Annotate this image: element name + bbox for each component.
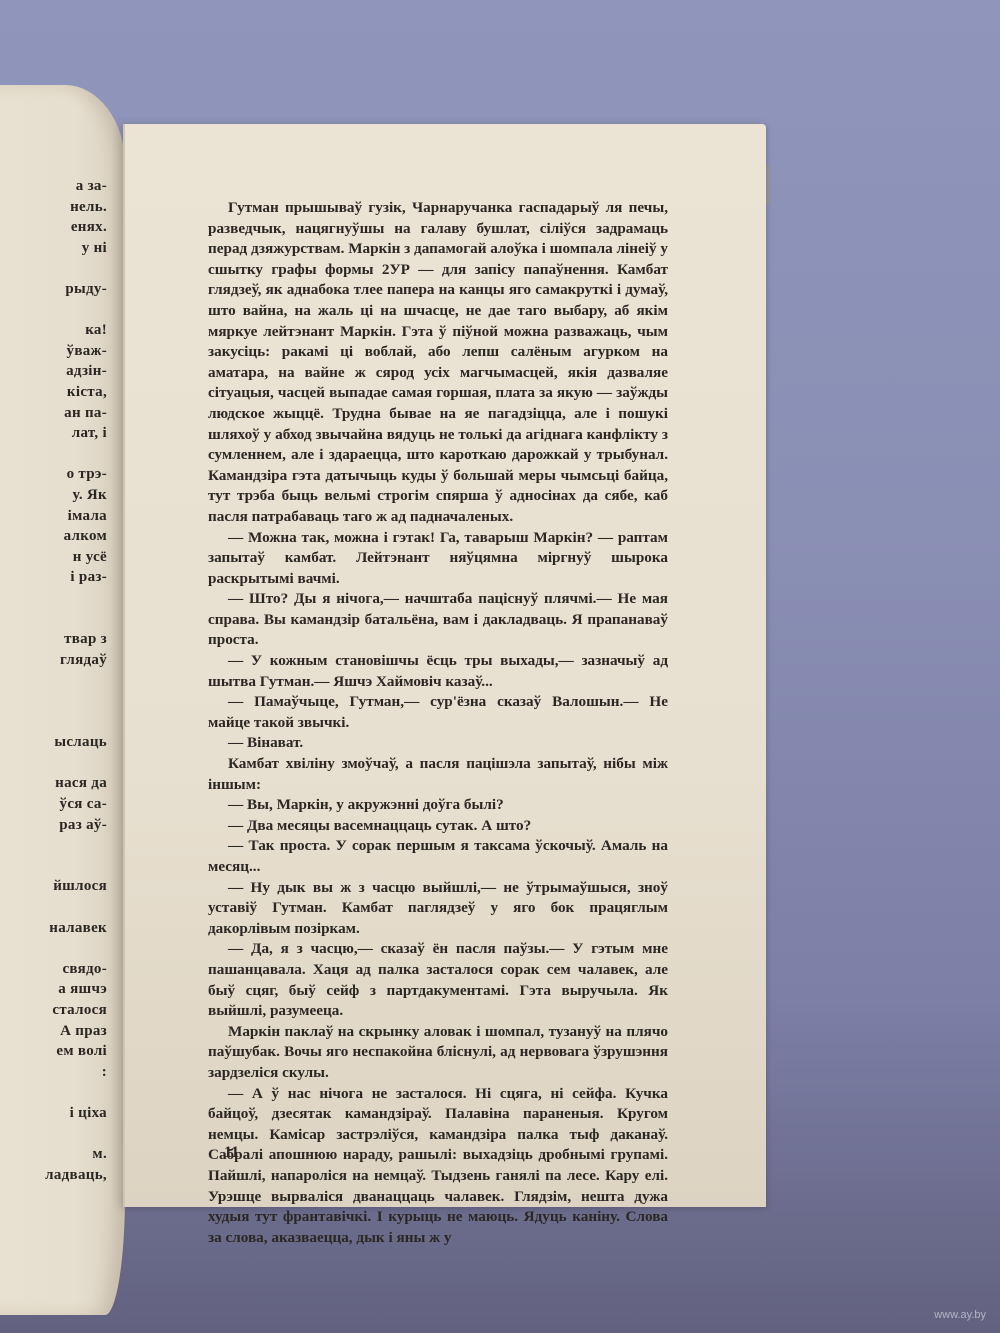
- paragraph: — Памаўчыце, Гутман,— сур'ёзна сказаў Ва…: [208, 692, 668, 733]
- left-page-line-fragment: А праз: [60, 1023, 107, 1040]
- left-page-line-fragment: адзін-: [66, 363, 107, 380]
- left-page-line-fragment: і раз-: [70, 569, 107, 586]
- left-page: а за-нель.енях.у нірыду-ка!ўваж-адзін-кі…: [0, 85, 125, 1315]
- left-page-line-fragment: ўваж-: [67, 343, 107, 360]
- left-page-line-fragment: нася да: [55, 775, 107, 792]
- left-page-line-fragment: налавек: [49, 920, 107, 937]
- paragraph: — Вінават.: [208, 733, 668, 754]
- left-page-line-fragment: ыслаць: [54, 734, 107, 751]
- paragraph: — Што? Ды я нічога,— начштаба паціснуў п…: [208, 589, 668, 651]
- left-page-line-fragment: йшлося: [53, 878, 107, 895]
- left-page-line-fragment: н усё: [73, 549, 107, 566]
- left-page-line-fragment: лат, і: [72, 425, 107, 442]
- left-page-line-fragment: у. Як: [73, 487, 107, 504]
- paragraph: — Ну дык вы ж з часцю выйшлі,— не ўтрыма…: [208, 878, 668, 940]
- left-page-line-fragment: у ні: [82, 240, 107, 257]
- left-page-line-fragment: сталося: [52, 1002, 107, 1019]
- left-page-line-fragment: о трэ-: [67, 466, 107, 483]
- body-text: Гутман прышываў гузік, Чарнаручанка гасп…: [208, 198, 668, 1248]
- left-page-line-fragment: :: [102, 1064, 107, 1081]
- left-page-line-fragment: ан па-: [64, 405, 107, 422]
- left-page-line-fragment: твар з: [64, 631, 107, 648]
- paragraph: Гутман прышываў гузік, Чарнаручанка гасп…: [208, 198, 668, 528]
- right-page: Гутман прышываў гузік, Чарнаручанка гасп…: [123, 124, 766, 1207]
- left-page-line-fragment: і ціха: [70, 1105, 107, 1122]
- left-page-line-fragment: кіста,: [67, 384, 107, 401]
- paragraph: Камбат хвіліну змоўчаў, а пасля пацішэла…: [208, 754, 668, 795]
- paragraph: — Можна так, можна і гэтак! Га, таварыш …: [208, 528, 668, 590]
- left-page-line-fragment: а за-: [76, 178, 107, 195]
- left-page-line-fragment: ўся са-: [60, 796, 107, 813]
- left-page-line-fragment: ладваць,: [45, 1167, 107, 1184]
- paragraph: — Вы, Маркін, у акружэнні доўга былі?: [208, 795, 668, 816]
- paragraph: — Да, я з часцю,— сказаў ён пасля паўзы.…: [208, 939, 668, 1021]
- left-page-line-fragment: ем волі: [56, 1043, 107, 1060]
- paragraph: — У кожным становішчы ёсць тры выхады,— …: [208, 651, 668, 692]
- paragraph: — А ў нас нічога не засталося. Ні сцяга,…: [208, 1084, 668, 1249]
- left-page-line-fragment: нель.: [70, 199, 107, 216]
- page-number: 11: [224, 1144, 239, 1162]
- paragraph: Маркін паклаў на скрынку аловак і шомпал…: [208, 1022, 668, 1084]
- left-page-line-fragment: раз аў-: [59, 817, 107, 834]
- paragraph: — Так проста. У сорак першым я таксама ў…: [208, 836, 668, 877]
- left-page-line-fragment: ка!: [85, 322, 107, 339]
- left-page-line-fragment: імала: [68, 508, 107, 525]
- left-page-line-fragment: свядо-: [62, 961, 107, 978]
- left-page-line-fragment: а яшчэ: [58, 981, 107, 998]
- paragraph: — Два месяцы васемнаццаць сутак. А што?: [208, 816, 668, 837]
- left-page-line-fragment: алком: [64, 528, 107, 545]
- left-page-line-fragment: глядаў: [60, 652, 107, 669]
- left-page-line-fragment: м.: [92, 1146, 107, 1163]
- left-page-line-fragment: рыду-: [65, 281, 107, 298]
- watermark: www.ay.by: [934, 1309, 986, 1321]
- left-page-line-fragment: енях.: [71, 219, 107, 236]
